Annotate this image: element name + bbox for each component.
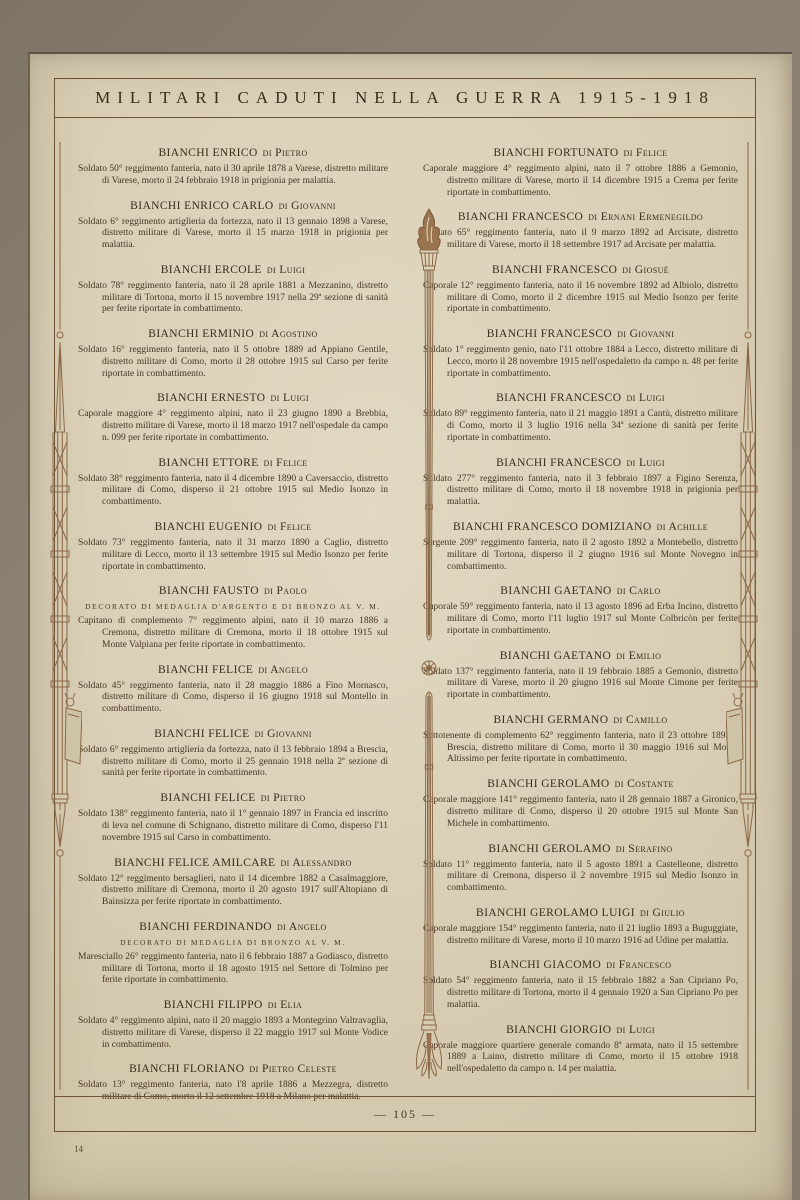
casualty-entry: BIANCHI GEROLAMO LUIGIdi Giulio Caporale… [423, 907, 738, 948]
entry-filiation: di Pietro Celeste [249, 1063, 337, 1075]
casualty-entry: BIANCHI FORTUNATOdi Felice Caporale magg… [423, 147, 738, 199]
entry-name-heading: BIANCHI FRANCESCOdi Giosuè [423, 264, 738, 276]
entry-record-text: Soldato 45° reggimento fanteria, nato il… [78, 681, 388, 716]
entry-filiation: di Ernani Ermenegildo [588, 211, 703, 223]
entry-record-text: Soldato 78° reggimento fanteria, nato il… [78, 281, 388, 316]
casualty-entry: BIANCHI EUGENIOdi Felice Soldato 73° reg… [78, 521, 388, 573]
entry-name-heading: BIANCHI ERCOLEdi Luigi [78, 264, 388, 276]
entry-record-text: Soldato 50° reggimento fanteria, nato il… [78, 164, 388, 188]
entry-filiation: di Giovanni [279, 200, 336, 212]
casualty-entry: BIANCHI ERMINIOdi Agostino Soldato 16° r… [78, 328, 388, 380]
entry-record-text: Soldato 6° reggimento artiglieria da for… [78, 745, 388, 780]
entry-surname-name: BIANCHI FORTUNATO [493, 147, 618, 159]
casualty-entry: BIANCHI ERCOLEdi Luigi Soldato 78° reggi… [78, 264, 388, 316]
entry-record-text: Soldato 38° reggimento fanteria, nato il… [78, 474, 388, 509]
entry-name-heading: BIANCHI FELICE AMILCAREdi Alessandro [78, 857, 388, 869]
entry-filiation: di Carlo [617, 585, 661, 597]
entry-record-text: Soldato 54° reggimento fanteria, nato il… [423, 976, 738, 1011]
entry-surname-name: BIANCHI FRANCESCO [487, 328, 612, 340]
entry-surname-name: BIANCHI FLORIANO [129, 1063, 244, 1075]
entry-filiation: di Serafino [616, 843, 673, 855]
entry-surname-name: BIANCHI ENRICO [158, 147, 257, 159]
entry-decoration-line: DECORATO DI MEDAGLIA DI BRONZO AL V. M. [78, 938, 388, 947]
entry-record-text: Soldato 16° reggimento fanteria, nato il… [78, 345, 388, 380]
entry-surname-name: BIANCHI GAETANO [500, 585, 611, 597]
casualty-entry: BIANCHI FELICEdi Pietro Soldato 138° reg… [78, 792, 388, 844]
entry-surname-name: BIANCHI FELICE AMILCARE [114, 857, 275, 869]
entry-name-heading: BIANCHI FLORIANOdi Pietro Celeste [78, 1063, 388, 1075]
entry-filiation: di Luigi [267, 264, 305, 276]
entry-name-heading: BIANCHI ERMINIOdi Agostino [78, 328, 388, 340]
entry-filiation: di Felice [624, 147, 668, 159]
entry-filiation: di Camillo [613, 714, 667, 726]
entry-record-text: Soldato 1° reggimento genio, nato l'11 o… [423, 345, 738, 380]
book-photo: MILITARI CADUTI NELLA GUERRA 1915-1918 B… [0, 0, 800, 1200]
entry-name-heading: BIANCHI FELICEdi Giovanni [78, 728, 388, 740]
entry-surname-name: BIANCHI GEROLAMO [488, 843, 610, 855]
casualty-entry: BIANCHI GIORGIOdi Luigi Caporale maggior… [423, 1024, 738, 1076]
entry-filiation: di Luigi [270, 392, 308, 404]
entry-surname-name: BIANCHI FRANCESCO DOMIZIANO [453, 521, 652, 533]
entry-surname-name: BIANCHI GIORGIO [506, 1024, 611, 1036]
entry-filiation: di Felice [267, 521, 311, 533]
entry-filiation: di Giosuè [622, 264, 669, 276]
entry-record-text: Caporale maggiore 4° reggimento alpini, … [78, 409, 388, 444]
entry-filiation: di Achille [657, 521, 708, 533]
entry-surname-name: BIANCHI FRANCESCO [492, 264, 617, 276]
right-column: BIANCHI FORTUNATOdi Felice Caporale magg… [423, 147, 738, 1088]
casualty-entry: BIANCHI FILIPPOdi Elia Soldato 4° reggim… [78, 999, 388, 1051]
entry-filiation: di Luigi [626, 457, 664, 469]
entry-name-heading: BIANCHI FELICEdi Pietro [78, 792, 388, 804]
book-page: MILITARI CADUTI NELLA GUERRA 1915-1918 B… [28, 52, 792, 1200]
entry-name-heading: BIANCHI FRANCESCOdi Luigi [423, 457, 738, 469]
signature-mark: 14 [74, 1144, 83, 1154]
entry-record-text: Maresciallo 26° reggimento fanteria, nat… [78, 952, 388, 987]
entry-name-heading: BIANCHI FRANCESCO DOMIZIANOdi Achille [423, 521, 738, 533]
entry-record-text: Soldato 137° reggimento fanteria, nato i… [423, 667, 738, 702]
entry-name-heading: BIANCHI FAUSTOdi Paolo [78, 585, 388, 597]
entry-filiation: di Giovanni [617, 328, 674, 340]
casualty-entry: BIANCHI FELICE AMILCAREdi Alessandro Sol… [78, 857, 388, 909]
entry-surname-name: BIANCHI FAUSTO [159, 585, 259, 597]
casualty-entry: BIANCHI GIACOMOdi Francesco Soldato 54° … [423, 959, 738, 1011]
casualty-entry: BIANCHI ENRICOdi Pietro Soldato 50° regg… [78, 147, 388, 188]
casualty-entry: BIANCHI ETTOREdi Felice Soldato 38° regg… [78, 457, 388, 509]
entry-name-heading: BIANCHI GIACOMOdi Francesco [423, 959, 738, 971]
entry-filiation: di Angelo [277, 921, 327, 933]
entry-surname-name: BIANCHI ETTORE [158, 457, 258, 469]
entry-filiation: di Costante [615, 778, 674, 790]
entry-record-text: Soldato 6° reggimento artiglieria da for… [78, 217, 388, 252]
entry-filiation: di Pietro [263, 147, 308, 159]
entry-record-text: Caporale 12° reggimento fanteria, nato i… [423, 281, 738, 316]
entry-record-text: Soldato 65° reggimento fanteria, nato il… [423, 228, 738, 252]
casualty-entry: BIANCHI FELICEdi Angelo Soldato 45° regg… [78, 664, 388, 716]
entry-filiation: di Pietro [261, 792, 306, 804]
entry-name-heading: BIANCHI FRANCESCOdi Giovanni [423, 328, 738, 340]
page-frame: MILITARI CADUTI NELLA GUERRA 1915-1918 B… [54, 78, 756, 1132]
entry-record-text: Soldato 73° reggimento fanteria, nato il… [78, 538, 388, 573]
entry-name-heading: BIANCHI GERMANOdi Camillo [423, 714, 738, 726]
entry-filiation: di Luigi [626, 392, 664, 404]
page-title: MILITARI CADUTI NELLA GUERRA 1915-1918 [95, 88, 715, 108]
entry-name-heading: BIANCHI FORTUNATOdi Felice [423, 147, 738, 159]
entry-filiation: di Alessandro [280, 857, 351, 869]
entry-record-text: Soldato 277° reggimento fanteria, nato i… [423, 474, 738, 509]
entry-filiation: di Giulio [640, 907, 685, 919]
casualty-entry: BIANCHI GAETANOdi Carlo Caporale 59° reg… [423, 585, 738, 637]
casualty-entry: BIANCHI FERDINANDOdi Angelo DECORATO DI … [78, 921, 388, 987]
entry-surname-name: BIANCHI FRANCESCO [496, 392, 621, 404]
entry-record-text: Caporale maggiore 4° reggimento alpini, … [423, 164, 738, 199]
entry-record-text: Soldato 11° reggimento fanteria, nato il… [423, 860, 738, 895]
casualty-entry: BIANCHI ERNESTOdi Luigi Caporale maggior… [78, 392, 388, 444]
casualty-entry: BIANCHI FELICEdi Giovanni Soldato 6° reg… [78, 728, 388, 780]
entry-surname-name: BIANCHI ERNESTO [157, 392, 265, 404]
entry-filiation: di Emilio [616, 650, 661, 662]
entry-surname-name: BIANCHI FILIPPO [164, 999, 263, 1011]
entry-surname-name: BIANCHI GEROLAMO [487, 778, 609, 790]
entry-name-heading: BIANCHI FERDINANDOdi Angelo [78, 921, 388, 933]
entry-name-heading: BIANCHI GAETANOdi Carlo [423, 585, 738, 597]
entry-surname-name: BIANCHI GERMANO [493, 714, 608, 726]
entry-record-text: Soldato 89° reggimento fanteria, nato il… [423, 409, 738, 444]
entry-name-heading: BIANCHI FELICEdi Angelo [78, 664, 388, 676]
casualty-entry: BIANCHI GEROLAMOdi Serafino Soldato 11° … [423, 843, 738, 895]
entry-record-text: Caporale 59° reggimento fanteria, nato i… [423, 602, 738, 637]
entry-record-text: Soldato 138° reggimento fanteria, nato i… [78, 809, 388, 844]
casualty-entry: BIANCHI GEROLAMOdi Costante Caporale mag… [423, 778, 738, 830]
entry-surname-name: BIANCHI GEROLAMO LUIGI [476, 907, 635, 919]
entry-name-heading: BIANCHI FRANCESCOdi Ernani Ermenegildo [423, 211, 738, 223]
entry-record-text: Capitano di complemento 7° reggimento al… [78, 616, 388, 651]
casualty-entry: BIANCHI FRANCESCOdi Ernani Ermenegildo S… [423, 211, 738, 252]
entry-record-text: Caporale maggiore 141° reggimento fanter… [423, 795, 738, 830]
entry-name-heading: BIANCHI EUGENIOdi Felice [78, 521, 388, 533]
entry-name-heading: BIANCHI FILIPPOdi Elia [78, 999, 388, 1011]
entry-decoration-line: DECORATO DI MEDAGLIA D'ARGENTO E DI BRON… [78, 602, 388, 611]
entry-name-heading: BIANCHI GIORGIOdi Luigi [423, 1024, 738, 1036]
entry-name-heading: BIANCHI GEROLAMOdi Serafino [423, 843, 738, 855]
page-header: MILITARI CADUTI NELLA GUERRA 1915-1918 [55, 79, 755, 118]
entry-surname-name: BIANCHI ENRICO CARLO [130, 200, 273, 212]
entry-filiation: di Paolo [264, 585, 307, 597]
entry-filiation: di Luigi [616, 1024, 654, 1036]
entry-record-text: Caporale maggiore quartiere generale com… [423, 1041, 738, 1076]
entry-filiation: di Elia [268, 999, 302, 1011]
entry-surname-name: BIANCHI GAETANO [500, 650, 611, 662]
entry-record-text: Sergente 209° reggimento fanteria, nato … [423, 538, 738, 573]
entry-record-text: Caporale maggiore 154° reggimento fanter… [423, 924, 738, 948]
page-number: — 105 — [374, 1107, 436, 1122]
casualty-entry: BIANCHI GERMANOdi Camillo Sottotenente d… [423, 714, 738, 766]
entry-filiation: di Felice [264, 457, 308, 469]
entry-name-heading: BIANCHI ENRICOdi Pietro [78, 147, 388, 159]
entry-name-heading: BIANCHI FRANCESCOdi Luigi [423, 392, 738, 404]
entry-filiation: di Giovanni [255, 728, 312, 740]
entry-surname-name: BIANCHI FERDINANDO [139, 921, 272, 933]
casualty-entry: BIANCHI FRANCESCO DOMIZIANOdi Achille Se… [423, 521, 738, 573]
entry-name-heading: BIANCHI GAETANOdi Emilio [423, 650, 738, 662]
entry-surname-name: BIANCHI FELICE [160, 792, 255, 804]
casualty-entry: BIANCHI FRANCESCOdi Giosuè Caporale 12° … [423, 264, 738, 316]
casualty-entry: BIANCHI FRANCESCOdi Giovanni Soldato 1° … [423, 328, 738, 380]
entry-filiation: di Angelo [258, 664, 308, 676]
casualty-entry: BIANCHI FRANCESCOdi Luigi Soldato 277° r… [423, 457, 738, 509]
entry-surname-name: BIANCHI FELICE [158, 664, 253, 676]
page-footer: — 105 — [55, 1096, 755, 1131]
casualty-entry: BIANCHI ENRICO CARLOdi Giovanni Soldato … [78, 200, 388, 252]
casualty-entry: BIANCHI GAETANOdi Emilio Soldato 137° re… [423, 650, 738, 702]
entry-record-text: Sottotenente di complemento 62° reggimen… [423, 731, 738, 766]
casualty-entry: BIANCHI FRANCESCOdi Luigi Soldato 89° re… [423, 392, 738, 444]
entry-name-heading: BIANCHI ENRICO CARLOdi Giovanni [78, 200, 388, 212]
left-column: BIANCHI ENRICOdi Pietro Soldato 50° regg… [78, 147, 388, 1116]
entry-surname-name: BIANCHI ERCOLE [161, 264, 262, 276]
entry-filiation: di Agostino [259, 328, 318, 340]
entry-filiation: di Francesco [606, 959, 671, 971]
entry-record-text: Soldato 4° reggimento alpini, nato il 20… [78, 1016, 388, 1051]
entry-surname-name: BIANCHI FELICE [154, 728, 249, 740]
entry-name-heading: BIANCHI GEROLAMOdi Costante [423, 778, 738, 790]
entry-surname-name: BIANCHI GIACOMO [490, 959, 602, 971]
entry-surname-name: BIANCHI FRANCESCO [496, 457, 621, 469]
entry-record-text: Soldato 12° reggimento bersaglieri, nato… [78, 874, 388, 909]
entry-name-heading: BIANCHI GEROLAMO LUIGIdi Giulio [423, 907, 738, 919]
entry-name-heading: BIANCHI ERNESTOdi Luigi [78, 392, 388, 404]
entry-surname-name: BIANCHI FRANCESCO [458, 211, 583, 223]
casualty-entry: BIANCHI FAUSTOdi Paolo DECORATO DI MEDAG… [78, 585, 388, 651]
entry-surname-name: BIANCHI EUGENIO [155, 521, 263, 533]
page-content: BIANCHI ENRICOdi Pietro Soldato 50° regg… [55, 117, 755, 1097]
entry-surname-name: BIANCHI ERMINIO [148, 328, 254, 340]
entry-name-heading: BIANCHI ETTOREdi Felice [78, 457, 388, 469]
